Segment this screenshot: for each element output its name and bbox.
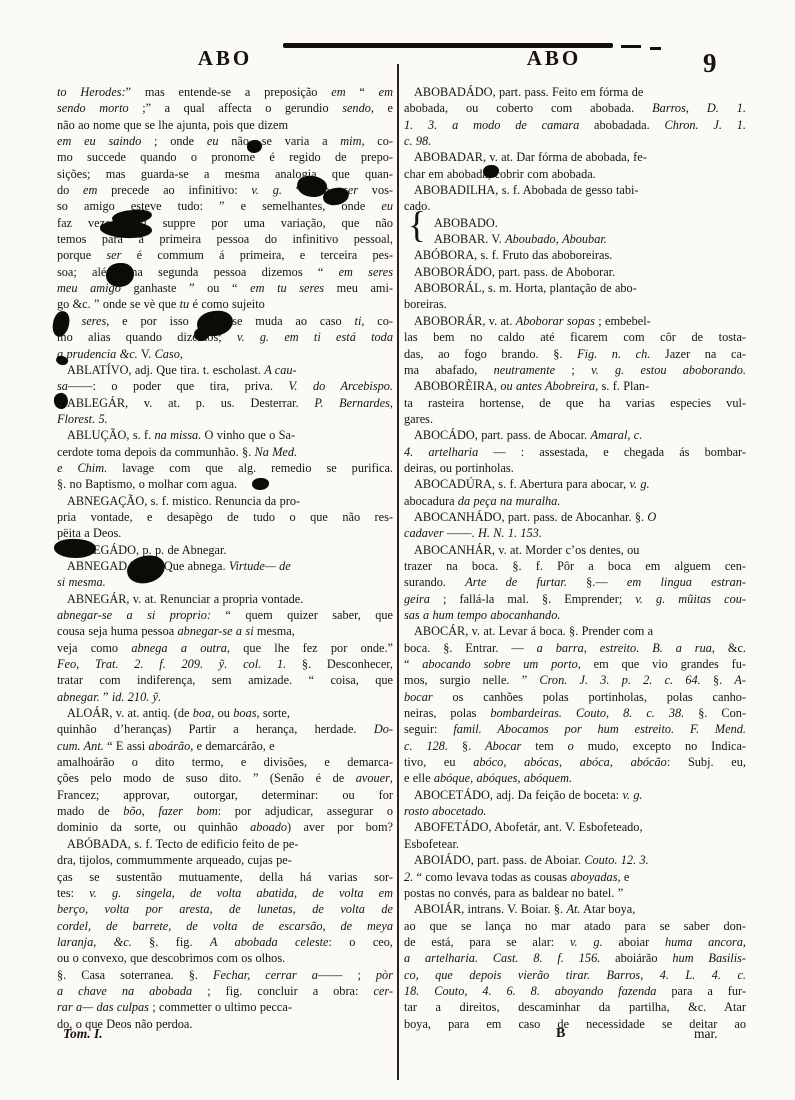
text-line: ABOCADÚRA, s. f. Abertura para abocar, v… <box>404 476 746 492</box>
text-line: c. 128. §. Abocar tem o mudo, excepto no… <box>404 738 746 754</box>
text-line: ou o convexo, que descobrimos com os olh… <box>57 950 393 966</box>
text-line: 18. Couto, 4. 6. 8. aboyando fazenda par… <box>404 983 746 999</box>
text-line: 4. artelharia — : assestada, e chegada á… <box>404 444 746 460</box>
right-column: ABOBADÁDO, part. pass. Feito em fórma de… <box>404 84 746 1032</box>
text-line: mado de bõo, fazer bom: por adjudicar, a… <box>57 803 393 819</box>
text-line: abocadura da peça na muralha. <box>404 493 746 509</box>
text-line: seguir: famil. Abocamos por hum estreito… <box>404 721 746 737</box>
text-line: ABOCANHÁDO, part. pass. de Abocanhar. §.… <box>404 509 746 525</box>
text-line: sa——: o poder que tira, priva. V. do Arc… <box>57 378 393 394</box>
text-line: deiras, ou portinholas. <box>404 460 746 476</box>
text-line: ABLEGÁR, v. at. p. us. Desterrar. P. Ber… <box>57 395 393 411</box>
text-line: Feo, Trat. 2. f. 209. ỹ. col. 1. §. Desc… <box>57 656 393 672</box>
text-line: tratar com indiferença, sem amizade. “ c… <box>57 672 393 688</box>
text-line: ABOCÁR, v. at. Levar á boca. §. Prender … <box>404 623 746 639</box>
text-line: berço, volta por aresta, de lunetas, de … <box>57 901 393 917</box>
catchword: mar. <box>694 1026 718 1042</box>
text-line: ABOBADILHA, s. f. Abobada de gesso tabi- <box>404 182 746 198</box>
text-line: meu amigo ganhaste ” ou “ em tu seres me… <box>57 280 393 296</box>
text-line: Florest. 5. <box>57 411 393 427</box>
text-line: char em abobada; cobrir com abobada. <box>404 166 746 182</box>
text-line: ALOÁR, v. at. antiq. (de boa, ou boas, s… <box>57 705 393 721</box>
text-line: abnegar-se a si proprio: “ quem quizer s… <box>57 607 393 623</box>
text-line: ma abafado, neutramente ; v. g. estou ab… <box>404 362 746 378</box>
text-line: não ao nome que se lhe ajunta, pois que … <box>57 117 393 133</box>
text-line: ABLUÇÃO, s. f. na missa. O vinho que o S… <box>57 427 393 443</box>
text-line: neiras, polas bombardeiras. Couto, 8. c.… <box>404 705 746 721</box>
text-line: ABOCANHÁR, v. at. Morder c’os dentes, ou <box>404 542 746 558</box>
text-line: 2. “ como levava todas as cousas aboyada… <box>404 869 746 885</box>
text-line: go &c. ” onde se vè que tu é como sujeit… <box>57 296 393 312</box>
text-line: cousa seja huma pessoa abnegar-se a si m… <box>57 623 393 639</box>
text-line: ABOBADAR, v. at. Dar fórma de abobada, f… <box>404 149 746 165</box>
text-line: ABOCÁDO, part. pass. de Abocar. Amaral, … <box>404 427 746 443</box>
column-divider-rule <box>397 64 399 1080</box>
text-line: e elle abóque, abóques, abóquem. <box>404 770 746 786</box>
text-line: ções pelo modo de suso dito. ” (Senão é … <box>57 770 393 786</box>
text-line: abnegar. ” id. 210. ỹ. <box>57 689 393 705</box>
text-line: §. Casa soterranea. §. Fechar, cerrar a—… <box>57 967 393 983</box>
text-line: quinhão d’heranças) Partir a herança, he… <box>57 721 393 737</box>
text-line: bocar os canhões polas portinholas, pola… <box>404 689 746 705</box>
text-line: porque ser é commum á primeira, e tercei… <box>57 247 393 263</box>
text-line: cado. <box>404 198 746 214</box>
text-line: ABOBADÁDO, part. pass. Feito em fórma de <box>404 84 746 100</box>
text-line: rar a— das culpas ; commetter o ultimo p… <box>57 999 393 1015</box>
text-line: ao que se lança no mar atado para se sab… <box>404 918 746 934</box>
text-line: 1. 3. a modo de camara abobadada. Chron.… <box>404 117 746 133</box>
text-line: “ abocando sobre um porto, em que vio gr… <box>404 656 746 672</box>
text-line: geira ; fallá-la mal. §. Emprender; v. g… <box>404 591 746 607</box>
text-line: pëita a Deos. <box>57 525 393 541</box>
text-line: de está, para se alar: v. g. aboiar huma… <box>404 934 746 950</box>
text-line: ABOCETÁDO, adj. Da feição de boceta: v. … <box>404 787 746 803</box>
text-line: ABNEGÁDO, p. p. de Abnegar. <box>57 542 393 558</box>
text-line: em eu saindo ; onde eu não se varia a mi… <box>57 133 393 149</box>
text-line: rosto abocetado. <box>404 803 746 819</box>
text-line: dominio da sorte, ou quinhão aboado) ave… <box>57 819 393 835</box>
text-line: to Herodes:” mas entende-se a preposição… <box>57 84 393 100</box>
text-line: veja como abnega a outra, que lhe fez po… <box>57 640 393 656</box>
text-line: a artelharia. Cast. 8. f. 156. aboiárão … <box>404 950 746 966</box>
text-line: ABOBORÁL, s. m. Horta, plantação de abo- <box>404 280 746 296</box>
text-line: trazer na boca. §. f. Pôr a boca em algu… <box>404 558 746 574</box>
text-line: do, o que Deos não perdoa. <box>57 1016 393 1032</box>
text-line: ABOIÁDO, part. pass. de Aboiar. Couto. 1… <box>404 852 746 868</box>
text-line: cadaver ——. H. N. 1. 153. <box>404 525 746 541</box>
text-line: sições; mas guarda-se a mesma analogia q… <box>57 166 393 182</box>
text-line: boreiras. <box>404 296 746 312</box>
text-line: mos, surgio nelle. ” Cron. J. 3. p. 2. c… <box>404 672 746 688</box>
text-line: ABNEGAÇÃO, s. f. mistico. Renuncia da pr… <box>57 493 393 509</box>
text-line: las bem no caldo até ficarem com côr de … <box>404 329 746 345</box>
text-line: ABOBORÁR, v. at. Aboborar sopas ; embebe… <box>404 313 746 329</box>
text-line: surando. Arte de furtar. §.— em lingua e… <box>404 574 746 590</box>
running-title-right: ABO <box>404 46 704 71</box>
text-line: ABOFETÁDO, Abofetár, ant. V. Esbofeteado… <box>404 819 746 835</box>
text-line: ABOBORÁDO, part. pass. de Aboborar. <box>404 264 746 280</box>
text-line: pria vontade, e desapègo de tudo o que n… <box>57 509 393 525</box>
text-line: das, ao fogo brando. §. Fig. n. ch. Jaze… <box>404 346 746 362</box>
text-line: ABOBAR. V. Aboubado, Aboubar. <box>404 231 746 247</box>
text-line: postas no convés, para as baldear no bat… <box>404 885 746 901</box>
text-line: Esbofetear. <box>404 836 746 852</box>
text-line: ças se sustentão mutuamente, della há va… <box>57 869 393 885</box>
signature-mark: B <box>556 1026 565 1042</box>
text-line: a chave na abobada ; fig. concluir a obr… <box>57 983 393 999</box>
text-line: §. no Baptismo, o molhar com agua. <box>57 476 393 492</box>
brace-mark: { <box>408 206 426 246</box>
text-line: tivo, eu abóco, abócas, abóca, abócão: S… <box>404 754 746 770</box>
text-line: ABOBORÈIRA, ou antes Abobreira, s. f. Pl… <box>404 378 746 394</box>
text-line: ABOIÁR, intrans. V. Boiar. §. At. Atar b… <box>404 901 746 917</box>
text-line: dra, tijolos, commummente arqueado, cuja… <box>57 852 393 868</box>
text-line: e Chim. lavage com que alg. remedio se p… <box>57 460 393 476</box>
text-line: ABNEGADA, adj. Que abnega. Virtude— de <box>57 558 393 574</box>
text-line: sas a hum tempo abocanhando. <box>404 607 746 623</box>
text-line: abobada, ou coberto com abobada. Barros,… <box>404 100 746 116</box>
running-title-left: ABO <box>57 46 393 71</box>
text-line: cerdote toma depois da communhão. §. Na … <box>57 444 393 460</box>
text-line: ABÓBORA, s. f. Fruto das aboboreiras. <box>404 247 746 263</box>
text-line: a prudencia &c. V. Caso, <box>57 346 393 362</box>
text-line: c. 98. <box>404 133 746 149</box>
text-line: ABLATÍVO, adj. Que tira. t. escholast. A… <box>57 362 393 378</box>
text-line: gares. <box>404 411 746 427</box>
text-line: ta rasteira hortense, de que ha varias e… <box>404 395 746 411</box>
dictionary-page-scan: ABO ABO 9 to Herodes:” mas entende-se a … <box>0 0 795 1100</box>
text-line: mo succede quando o pronome é regido de … <box>57 149 393 165</box>
text-line: tar a direitos, descaminhar da partilha,… <box>404 999 746 1015</box>
text-line: Francez; approvar, outorgar, determinar:… <box>57 787 393 803</box>
volume-mark: Tom. I. <box>63 1026 103 1042</box>
text-line: cordel, de barrete, de volta de escarsão… <box>57 918 393 934</box>
text-line: tes: v. g. singela, de volta abatida, de… <box>57 885 393 901</box>
text-line: boca. §. Entrar. — a barra, estreito. B.… <box>404 640 746 656</box>
page-number: 9 <box>703 48 717 79</box>
text-line: amalhoárão o dito termo, e divisões, e d… <box>57 754 393 770</box>
text-line: cum. Ant. “ E assi aboárão, e demarcárão… <box>57 738 393 754</box>
text-line: sendo morto ;” a qual affecta o gerundio… <box>57 100 393 116</box>
text-line: ABNEGÁR, v. at. Renunciar a propria vont… <box>57 591 393 607</box>
text-line: co, que depois vierão tirar. Barros, 4. … <box>404 967 746 983</box>
text-line: ABÓBADA, s. f. Tecto de edificio feito d… <box>57 836 393 852</box>
text-line: laranja, &c. §. fig. A abobada celeste: … <box>57 934 393 950</box>
text-line: ABOBADO. <box>404 215 746 231</box>
text-line: si mesma. <box>57 574 393 590</box>
